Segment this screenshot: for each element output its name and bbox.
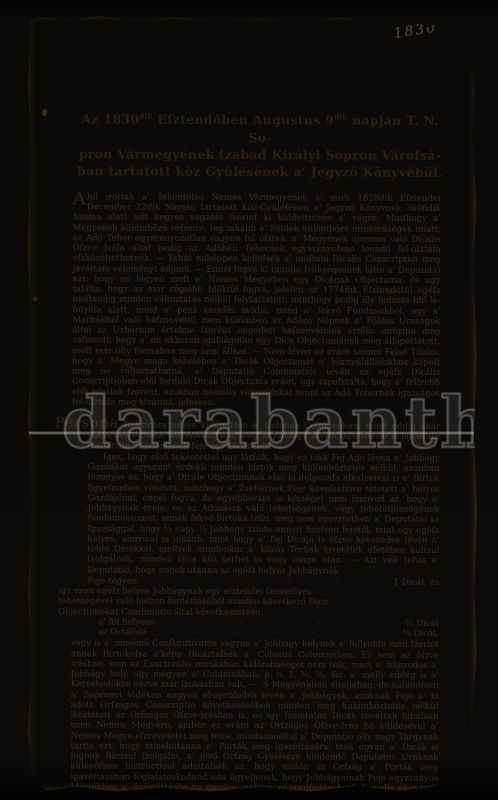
handwritten-year: 1830 bbox=[393, 19, 439, 41]
title-superscript: dik bbox=[334, 112, 347, 121]
persona-lead-word: Persona bbox=[55, 415, 119, 431]
title-line-3: ban tartatott köz Gyülésének a’ Jegyző K… bbox=[69, 163, 451, 182]
title-line-2: pron Vármegyének ſzabad Királyi Sopron V… bbox=[69, 145, 451, 164]
paragraph-1-text: lul irottak a’ Tekéntetes Nemes Vármegyé… bbox=[72, 192, 441, 408]
leader-dash: - bbox=[240, 577, 243, 587]
persona-intro-text: Rubricára nézve különöſsen a’ Colonus Co… bbox=[88, 420, 440, 451]
title-text: Az 1830 bbox=[81, 111, 139, 126]
rate-label: a’ fél helyesé bbox=[98, 617, 155, 627]
persona-section: Persona Rubricára nézve különöſsen a’ Co… bbox=[53, 418, 440, 800]
fee-value: 1 Dicát, és bbox=[394, 577, 440, 587]
document-title: Az 1830dik Eſztendőben Augustus 9dik nap… bbox=[69, 107, 451, 181]
title-line-1: Az 1830dik Eſztendőben Augustus 9dik nap… bbox=[69, 107, 451, 147]
document-paper: 1830 Az 1830dik Eſztendőben Augustus 9di… bbox=[26, 13, 478, 793]
fee-label: Feje tégyen bbox=[87, 576, 137, 586]
paragraph-1: Alul irottak a’ Tekéntetes Nemes Vármegy… bbox=[72, 192, 441, 409]
leader-dash: - bbox=[336, 577, 339, 587]
leader-dash: - bbox=[193, 628, 196, 638]
leader-dash: - bbox=[240, 618, 243, 628]
paragraph-vagy: vagy is a’ minémű Conſtitutivuma vagyon … bbox=[70, 638, 439, 800]
rate-label: az Octáloſé bbox=[98, 627, 147, 637]
document-content: 1830 Az 1830dik Eſztendőben Augustus 9di… bbox=[24, 12, 479, 794]
leader-dash: - bbox=[356, 618, 359, 628]
document-body: Alul irottak a’ Tekéntetes Nemes Vármegy… bbox=[24, 192, 479, 800]
leader-dash: - bbox=[192, 576, 195, 586]
rate-value: ½ Dicát bbox=[405, 618, 439, 628]
paragraph-igaz: Igaz, hogy első tekéntettel ugy látſzik,… bbox=[87, 452, 440, 577]
leader-dash: - bbox=[233, 628, 236, 638]
rate-line: az Octáloſé - - - - - ⅛ Dicát, bbox=[98, 627, 439, 639]
rate-value: ⅛ Dicát, bbox=[403, 629, 439, 639]
fee-note: igy ezen egéſz helyes Jobbágynak egy eſz… bbox=[58, 586, 334, 618]
leader-dash: - bbox=[273, 628, 276, 638]
persona-intro: Persona Rubricára nézve különöſsen a’ Co… bbox=[55, 418, 440, 452]
leader-dash: - bbox=[288, 577, 291, 587]
leader-dash: - bbox=[313, 628, 316, 638]
leader-dash: - bbox=[353, 628, 356, 638]
leader-dash: - bbox=[278, 618, 281, 628]
drop-cap: A bbox=[73, 192, 87, 207]
paper-top-edge-highlight bbox=[31, 13, 469, 16]
title-superscript: dik bbox=[139, 112, 152, 121]
leader-dash: - bbox=[201, 618, 204, 628]
leader-dashes: - - - - - bbox=[146, 628, 402, 639]
photo-background: 1830 Az 1830dik Eſztendőben Augustus 9di… bbox=[0, 0, 498, 800]
title-text: Eſztendőben Augustus 9 bbox=[153, 112, 335, 128]
leader-dash: - bbox=[317, 618, 320, 628]
